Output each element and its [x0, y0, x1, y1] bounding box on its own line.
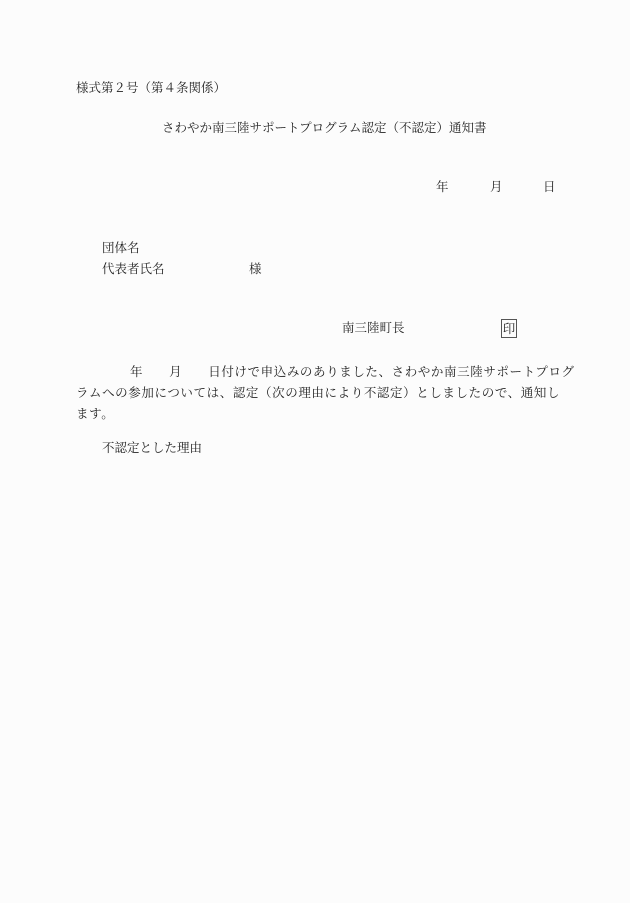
- date-month-label: 月: [490, 181, 503, 194]
- issue-date: 年 月 日: [0, 181, 630, 195]
- rejection-reason-label: 不認定とした理由: [102, 442, 202, 455]
- form-number: 様式第２号（第４条関係）: [76, 82, 226, 95]
- date-day-label: 日: [543, 181, 556, 194]
- issuer-title: 南三陸町長: [342, 322, 405, 335]
- notice-body: 年月日付けで申込みのありました、さわやか南三陸サポートプログ ラムへの参加につい…: [76, 361, 586, 424]
- date-year-label: 年: [436, 181, 449, 194]
- recipient-representative-label: 代表者氏名: [102, 263, 165, 276]
- document-title: さわやか南三陸サポートプログラム認定（不認定）通知書: [162, 122, 487, 135]
- rejection-reason-area: [76, 465, 586, 845]
- notice-body-line-2: ラムへの参加については、認定（次の理由により不認定）としましたので、通知し: [76, 382, 586, 403]
- body-year-label: 年: [130, 364, 143, 379]
- seal-stamp-box: 印: [501, 319, 517, 338]
- recipient-honorific: 様: [249, 263, 262, 276]
- recipient-organization-label: 団体名: [102, 242, 140, 255]
- body-month-label: 月: [169, 364, 182, 379]
- body-line-1-text: 日付けで申込みのありました、さわやか南三陸サポートプログ: [208, 364, 574, 379]
- notice-body-line-1: 年月日付けで申込みのありました、さわやか南三陸サポートプログ: [76, 361, 586, 382]
- notice-body-line-3: ます。: [76, 403, 586, 424]
